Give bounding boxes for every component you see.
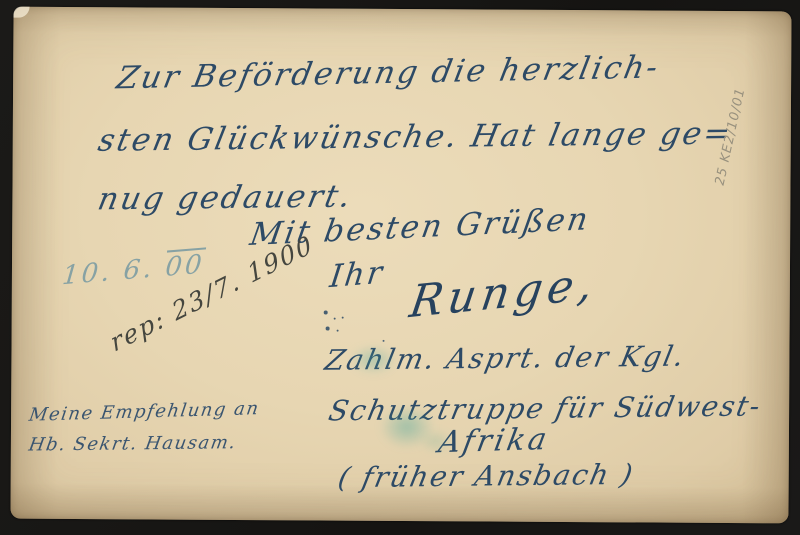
corner-chip — [14, 7, 30, 18]
message-line-1: Zur Beförderung die herzlich- — [114, 49, 663, 96]
date-note-prefix: 10. 6. — [61, 253, 167, 292]
postcard: Zur Beförderung die herzlich- sten Glück… — [10, 7, 791, 524]
ink-stain — [349, 345, 397, 375]
date-note-overlined: 00 — [164, 249, 206, 282]
ink-stain — [419, 429, 453, 453]
message-line-2: sten Glückwünsche. Hat lange ge= — [95, 115, 736, 158]
scan-backdrop: Zur Beförderung die herzlich- sten Glück… — [0, 0, 800, 535]
ink-splatter-dots — [324, 311, 328, 315]
ps-line-1: Meine Empfehlung an — [28, 398, 261, 426]
message-line-3: nug gedauert. — [95, 178, 356, 217]
sender-title-line-4: ( früher Ansbach ) — [335, 458, 637, 494]
closing-pronoun: Ihr — [328, 254, 387, 295]
signature: Runge, — [406, 258, 601, 329]
reply-note: rep: 23/7. 1900 — [107, 229, 317, 358]
sender-title-line-3: Afrika — [436, 422, 553, 460]
ps-line-2: Hb. Sekrt. Hausam. — [27, 432, 238, 455]
date-note: 10. 6. 00 — [61, 249, 206, 291]
